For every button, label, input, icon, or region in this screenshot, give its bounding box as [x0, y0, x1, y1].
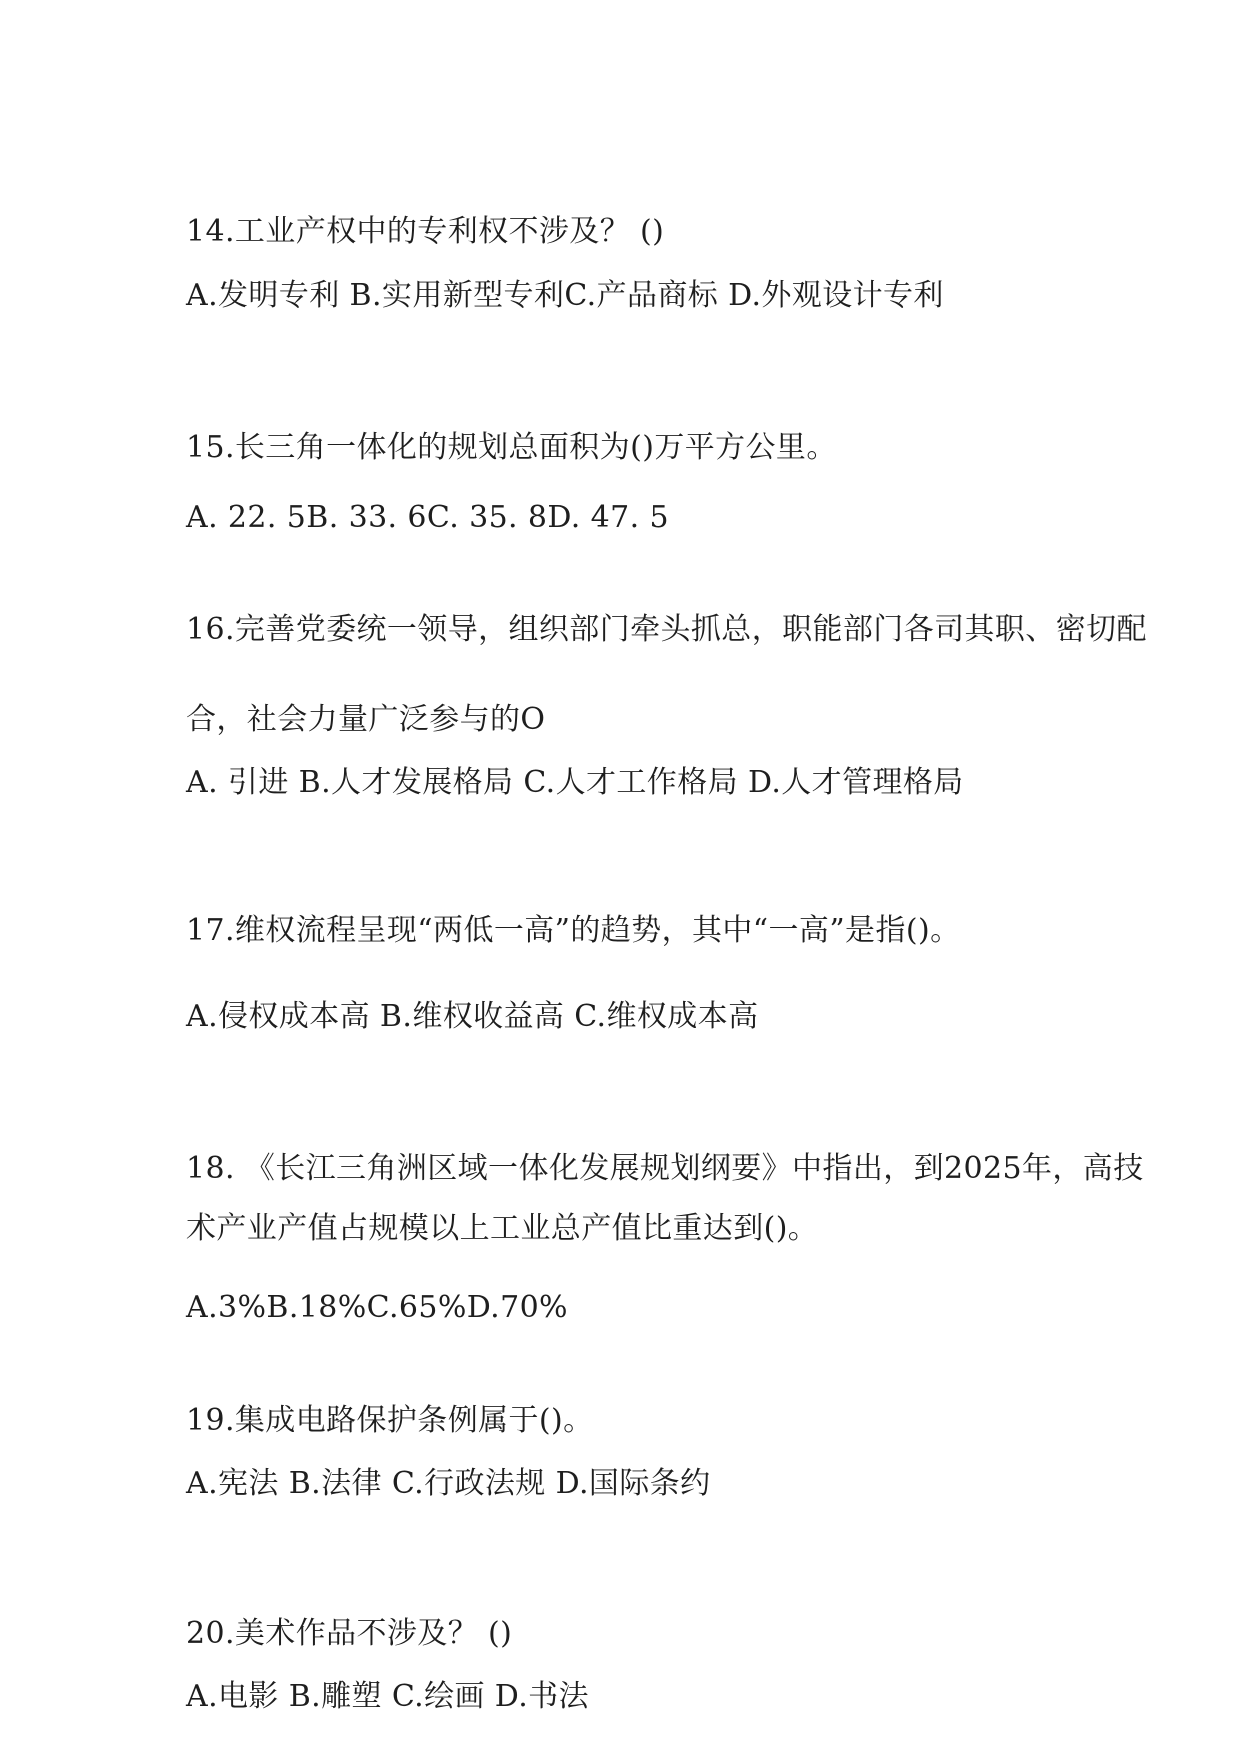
question-20-options: A.电影 B.雕塑 C.绘画 D.书法	[186, 1680, 589, 1714]
question-15-text: 15.长三角一体化的规划总面积为()万平方公里。	[186, 431, 837, 465]
question-18-text-line-2: 术产业产值占规模以上工业总产值比重达到()。	[186, 1212, 818, 1246]
question-16-text-line-1: 16.完善党委统一领导，组织部门牵头抓总，职能部门各司其职、密切配	[186, 613, 1086, 647]
question-19-text: 19.集成电路保护条例属于()。	[186, 1404, 594, 1438]
question-18-text-line-1: 18. 《长江三角洲区域一体化发展规划纲要》中指出，到2025年，高技	[186, 1152, 1086, 1186]
question-17-text: 17.维权流程呈现“两低一高”的趋势，其中“一高”是指()。	[186, 914, 960, 948]
question-19-options: A.宪法 B.法律 C.行政法规 D.国际条约	[186, 1467, 711, 1501]
question-14-text: 14.工业产权中的专利权不涉及？ ()	[186, 215, 664, 249]
question-17-options: A.侵权成本高 B.维权收益高 C.维权成本高	[186, 1000, 758, 1034]
question-16-text-line-2: 合，社会力量广泛参与的O	[186, 703, 545, 737]
question-18-options: A.3%B.18%C.65%D.70%	[186, 1291, 568, 1325]
question-15-options: A. 22. 5B. 33. 6C. 35. 8D. 47. 5	[186, 501, 669, 535]
question-14-options: A.发明专利 B.实用新型专利C.产品商标 D.外观设计专利	[186, 279, 944, 313]
question-16-options: A. 引进 B.人才发展格局 C.人才工作格局 D.人才管理格局	[186, 766, 964, 800]
question-20-text: 20.美术作品不涉及？ ()	[186, 1617, 512, 1651]
document-page: 14.工业产权中的专利权不涉及？ () A.发明专利 B.实用新型专利C.产品商…	[0, 0, 1239, 1754]
